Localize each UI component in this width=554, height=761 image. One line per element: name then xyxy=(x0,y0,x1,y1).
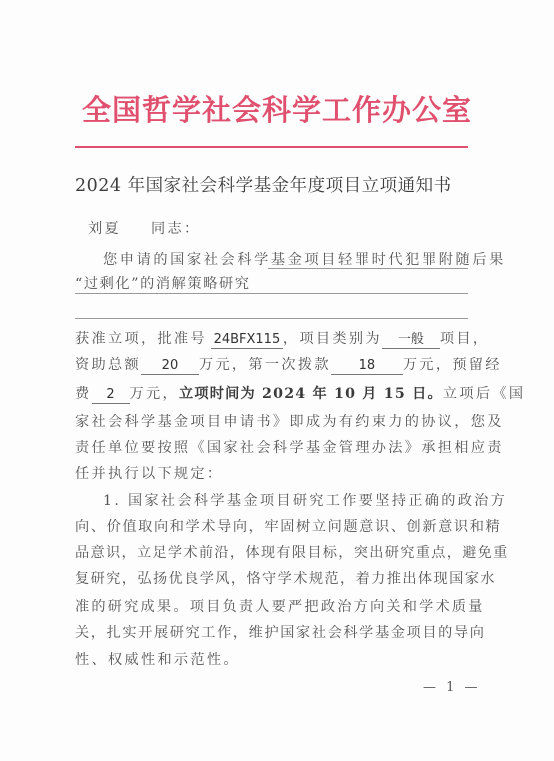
project-title-part1: 轻罪时代犯罪附随后果 xyxy=(338,252,506,268)
label-category: ，项目类别为 xyxy=(283,331,382,347)
label-first-payment: 万元，第一次拨款 xyxy=(199,357,331,373)
approval-date-text: 立项时间为 2024 年 10 月 15 日。 xyxy=(179,386,443,402)
letterhead-organization: 全国哲学社会科学工作办公室 xyxy=(0,88,554,129)
notice-title: 2024 年国家社会科学基金年度项目立项通知书 xyxy=(75,172,475,197)
document-page: 全国哲学社会科学工作办公室 2024 年国家社会科学基金年度项目立项通知书 刘夏… xyxy=(0,0,554,761)
total-funding: 20 xyxy=(141,358,199,375)
approval-line-5: 责任单位要按照《国家社会科学基金管理办法》承担相应责 xyxy=(75,438,469,458)
first-payment: 18 xyxy=(331,358,403,375)
approval-line-6: 任并执行以下规定： xyxy=(75,464,469,484)
project-title-underline-3 xyxy=(75,318,468,319)
project-title-underline-2 xyxy=(75,293,468,294)
rule-1-line-7: 性、权威性和示范性。 xyxy=(75,650,469,670)
approval-line-2: 资助总额20万元，第一次拨款18万元，预留经 xyxy=(75,355,469,375)
page-number: — 1 — xyxy=(423,680,481,695)
rule-1-line-5: 准的研究成果。项目负责人要严把政治方向关和学术质量 xyxy=(75,597,469,617)
label-project: 项目， xyxy=(440,331,489,347)
salutation-suffix: 同志： xyxy=(151,221,200,237)
approval-text-continued: 立项后《国 xyxy=(443,386,525,402)
rule-1-line-4: 复研究，弘扬优良学风，恪守学术规范，着力推出体现国家水 xyxy=(75,569,469,589)
salutation: 刘夏同志： xyxy=(88,219,482,239)
label-fee: 费 xyxy=(75,386,92,402)
rule-1-line-6: 关，扎实开展研究工作，维护国家社会科学基金项目的导向 xyxy=(75,623,469,643)
approval-line-1: 获准立项，批准号24BFX115，项目类别为一般项目， xyxy=(75,329,469,349)
project-title-underline-1 xyxy=(268,268,468,269)
letterhead-red-rule xyxy=(75,146,468,148)
recipient-name: 刘夏 xyxy=(88,221,121,237)
label-unit: 万元， xyxy=(130,386,179,402)
label-reserved: 万元，预留经 xyxy=(403,357,502,373)
reserved-funding: 2 xyxy=(92,387,130,404)
intro-line: 您申请的国家社会科学基金项目轻罪时代犯罪附随后果 xyxy=(103,250,497,270)
project-title-part2: “过剩化”的消解策略研究 xyxy=(75,274,469,294)
intro-prefix: 您申请的国家社会科学基金项目 xyxy=(103,252,338,268)
approval-line-3: 费2万元，立项时间为 2024 年 10 月 15 日。立项后《国 xyxy=(75,384,469,404)
label-total-funding: 资助总额 xyxy=(75,357,141,373)
approval-line-4: 家社会科学基金项目申请书》即成为有约束力的协议，您及 xyxy=(75,412,469,432)
label-approval-no: 获准立项，批准号 xyxy=(75,331,207,347)
approval-number: 24BFX115 xyxy=(211,332,283,349)
project-category: 一般 xyxy=(382,332,440,349)
rule-1-line-3: 品意识，立足学术前沿，体现有限目标，突出研究重点，避免重 xyxy=(75,543,469,563)
rule-1-line-2: 向、价值取向和学术导向，牢固树立问题意识、创新意识和精 xyxy=(75,517,469,537)
rule-1-line-1: 1. 国家社会科学基金项目研究工作要坚持正确的政治方 xyxy=(103,491,497,511)
